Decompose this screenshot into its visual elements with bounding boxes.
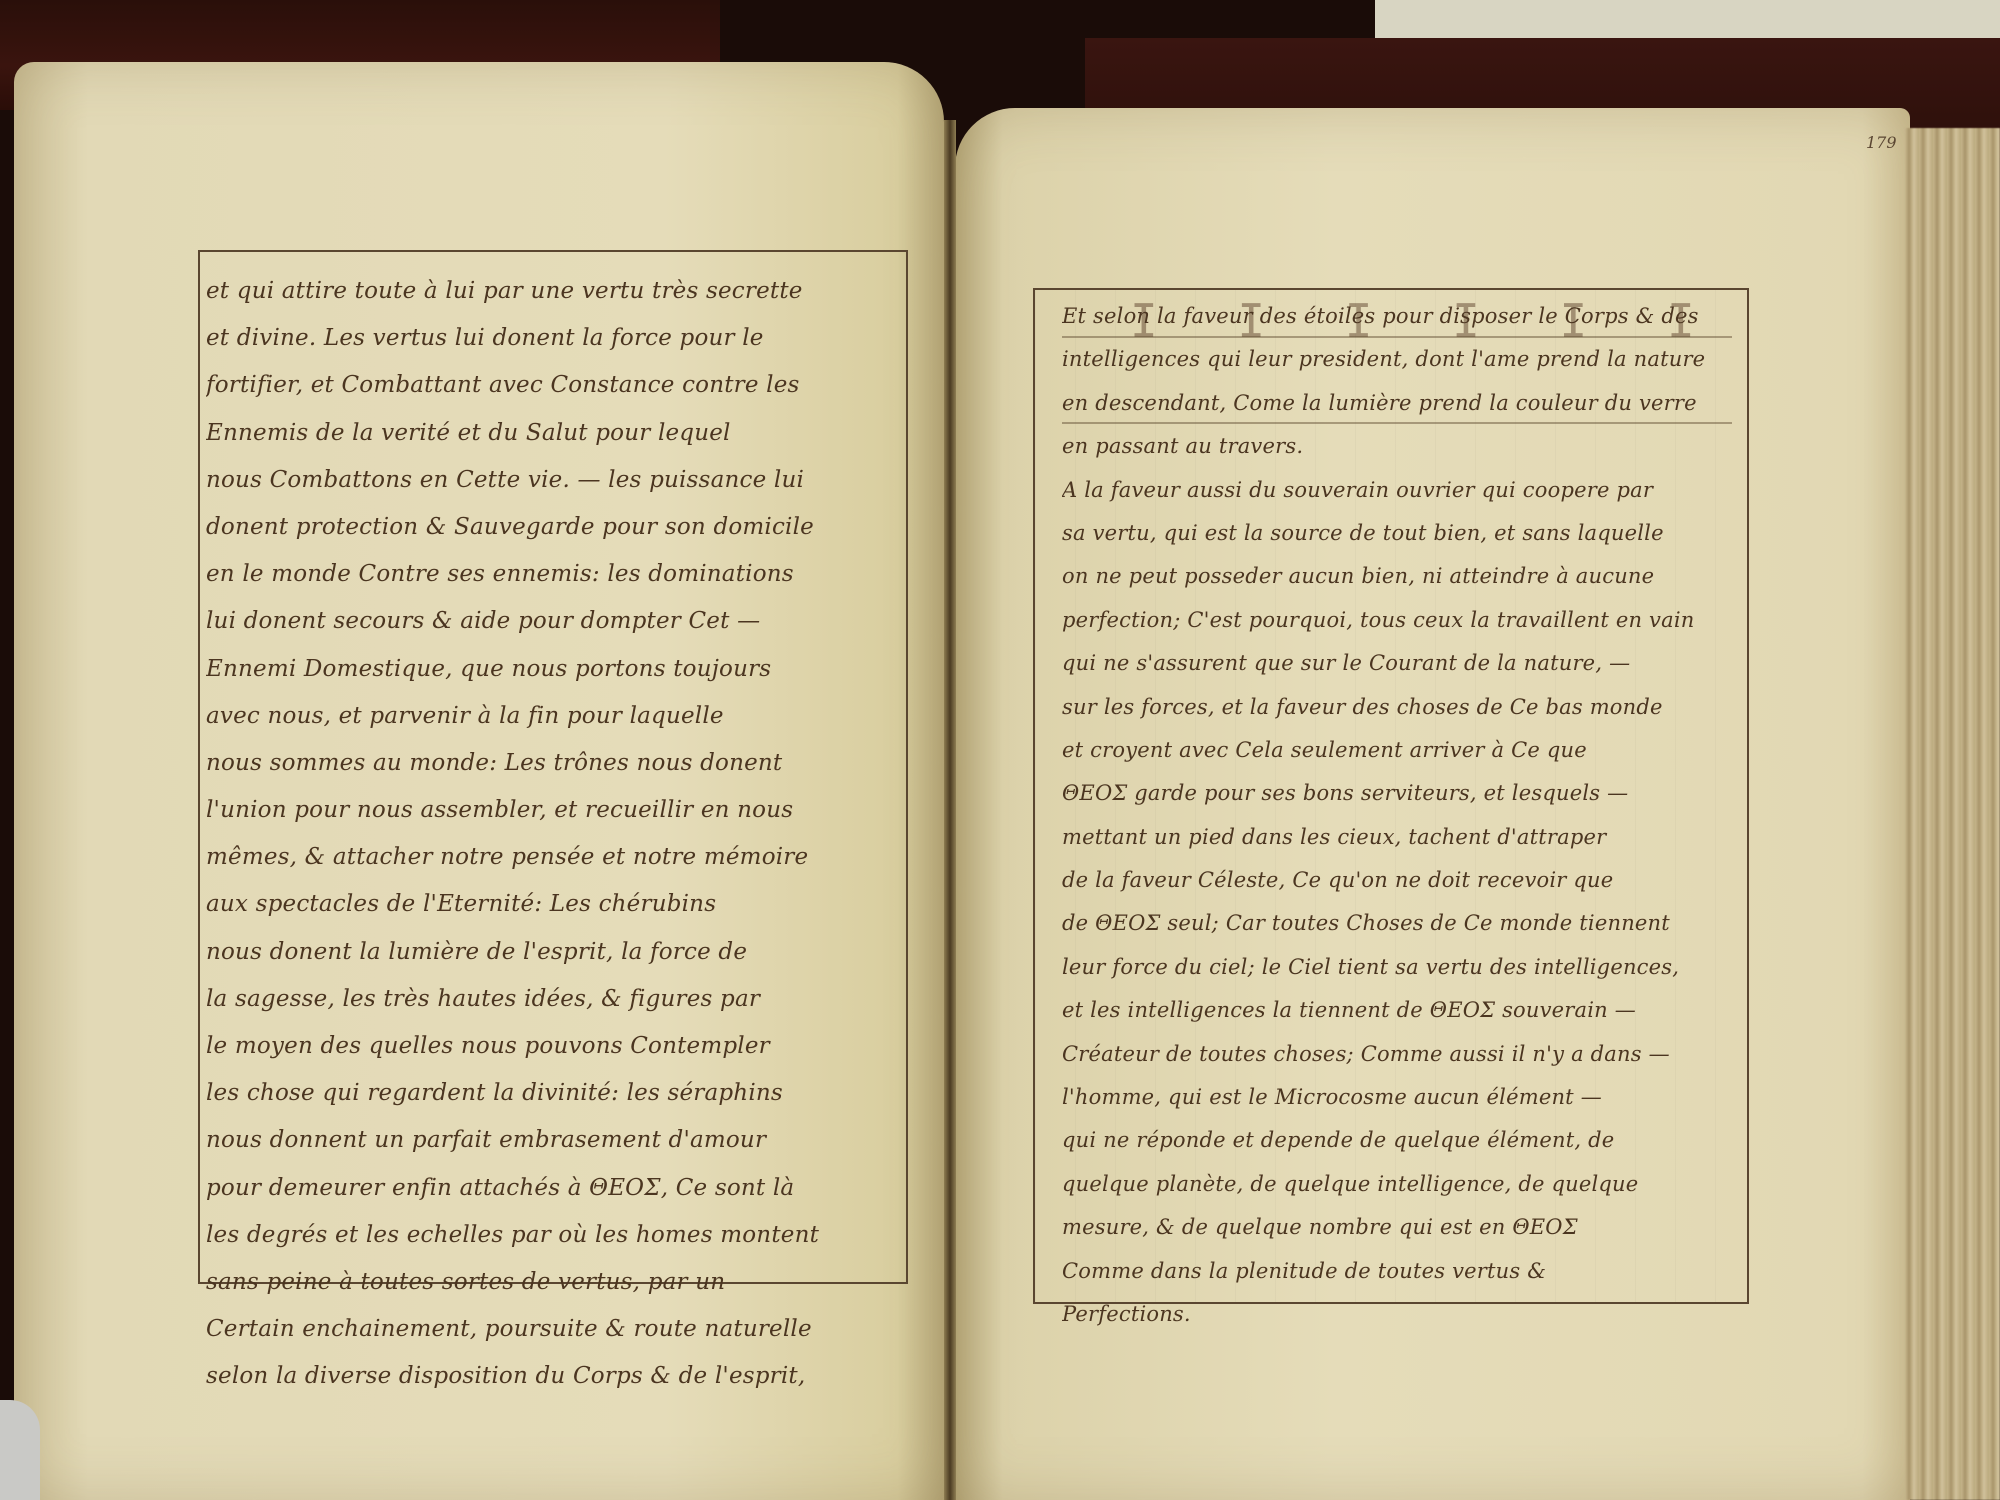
text-line: et qui attire toute à lui par une vertu …: [206, 268, 896, 315]
text-line: mettant un pied dans les cieux, tachent …: [1062, 816, 1734, 859]
right-page-text: Et selon la faveur des étoiles pour disp…: [1062, 295, 1734, 1336]
text-line: sur les forces, et la faveur des choses …: [1062, 686, 1734, 729]
text-line: leur force du ciel; le Ciel tient sa ver…: [1062, 946, 1734, 989]
text-line: sa vertu, qui est la source de tout bien…: [1062, 512, 1734, 555]
text-line: de la faveur Céleste, Ce qu'on ne doit r…: [1062, 859, 1734, 902]
text-line: perfection; C'est pourquoi, tous ceux la…: [1062, 599, 1734, 642]
text-line: Comme dans la plenitude de toutes vertus…: [1062, 1250, 1734, 1293]
folio-number: 179: [1866, 133, 1897, 152]
text-line: Créateur de toutes choses; Comme aussi i…: [1062, 1033, 1734, 1076]
text-line: et les intelligences la tiennent de ΘΕΟΣ…: [1062, 989, 1734, 1032]
book-gutter: [944, 120, 956, 1500]
text-line: qui ne s'assurent que sur le Courant de …: [1062, 642, 1734, 685]
text-line: nous donnent un parfait embrasement d'am…: [206, 1117, 896, 1164]
text-line: de ΘΕΟΣ seul; Car toutes Choses de Ce mo…: [1062, 902, 1734, 945]
text-line: en le monde Contre ses ennemis: les domi…: [206, 551, 896, 598]
text-line: quelque planète, de quelque intelligence…: [1062, 1163, 1734, 1206]
text-line: on ne peut posseder aucun bien, ni attei…: [1062, 555, 1734, 598]
text-line: selon la diverse disposition du Corps & …: [206, 1353, 896, 1400]
text-line: Et selon la faveur des étoiles pour disp…: [1062, 295, 1734, 338]
text-line: et croyent avec Cela seulement arriver à…: [1062, 729, 1734, 772]
background-paper: [1375, 0, 2000, 40]
text-line: pour demeurer enfin attachés à ΘΕΟΣ, Ce …: [206, 1165, 896, 1212]
thumb-holding-page: [0, 1400, 40, 1500]
text-line: l'union pour nous assembler, et recueill…: [206, 787, 896, 834]
text-line: nous Combattons en Cette vie. — les puis…: [206, 457, 896, 504]
text-line: intelligences qui leur president, dont l…: [1062, 338, 1734, 381]
text-line: nous donent la lumière de l'esprit, la f…: [206, 929, 896, 976]
text-line: Certain enchainement, poursuite & route …: [206, 1306, 896, 1353]
text-line: nous sommes au monde: Les trônes nous do…: [206, 740, 896, 787]
text-line: qui ne réponde et depende de quelque élé…: [1062, 1119, 1734, 1162]
text-line: ΘΕΟΣ garde pour ses bons serviteurs, et …: [1062, 772, 1734, 815]
page-block-edges: [1905, 128, 2000, 1500]
text-line: en passant au travers.: [1062, 425, 1734, 468]
text-line: l'homme, qui est le Microcosme aucun élé…: [1062, 1076, 1734, 1119]
text-line: fortifier, et Combattant avec Constance …: [206, 362, 896, 409]
text-line: lui donent secours & aide pour dompter C…: [206, 598, 896, 645]
text-line: sans peine à toutes sortes de vertus, pa…: [206, 1259, 896, 1306]
text-line: en descendant, Come la lumière prend la …: [1062, 382, 1734, 425]
text-line: les degrés et les echelles par où les ho…: [206, 1212, 896, 1259]
text-line: Perfections.: [1062, 1293, 1734, 1336]
left-page-text: et qui attire toute à lui par une vertu …: [206, 268, 896, 1401]
text-line: mesure, & de quelque nombre qui est en Θ…: [1062, 1206, 1734, 1249]
text-line: les chose qui regardent la divinité: les…: [206, 1070, 896, 1117]
text-line: la sagesse, les très hautes idées, & fig…: [206, 976, 896, 1023]
text-line: Ennemis de la verité et du Salut pour le…: [206, 410, 896, 457]
text-line: aux spectacles de l'Eternité: Les chérub…: [206, 881, 896, 928]
text-line: le moyen des quelles nous pouvons Contem…: [206, 1023, 896, 1070]
text-line: Ennemi Domestique, que nous portons touj…: [206, 646, 896, 693]
text-line: donent protection & Sauvegarde pour son …: [206, 504, 896, 551]
text-line: mêmes, & attacher notre pensée et notre …: [206, 834, 896, 881]
text-line: avec nous, et parvenir à la fin pour laq…: [206, 693, 896, 740]
text-line: et divine. Les vertus lui donent la forc…: [206, 315, 896, 362]
text-line: A la faveur aussi du souverain ouvrier q…: [1062, 469, 1734, 512]
